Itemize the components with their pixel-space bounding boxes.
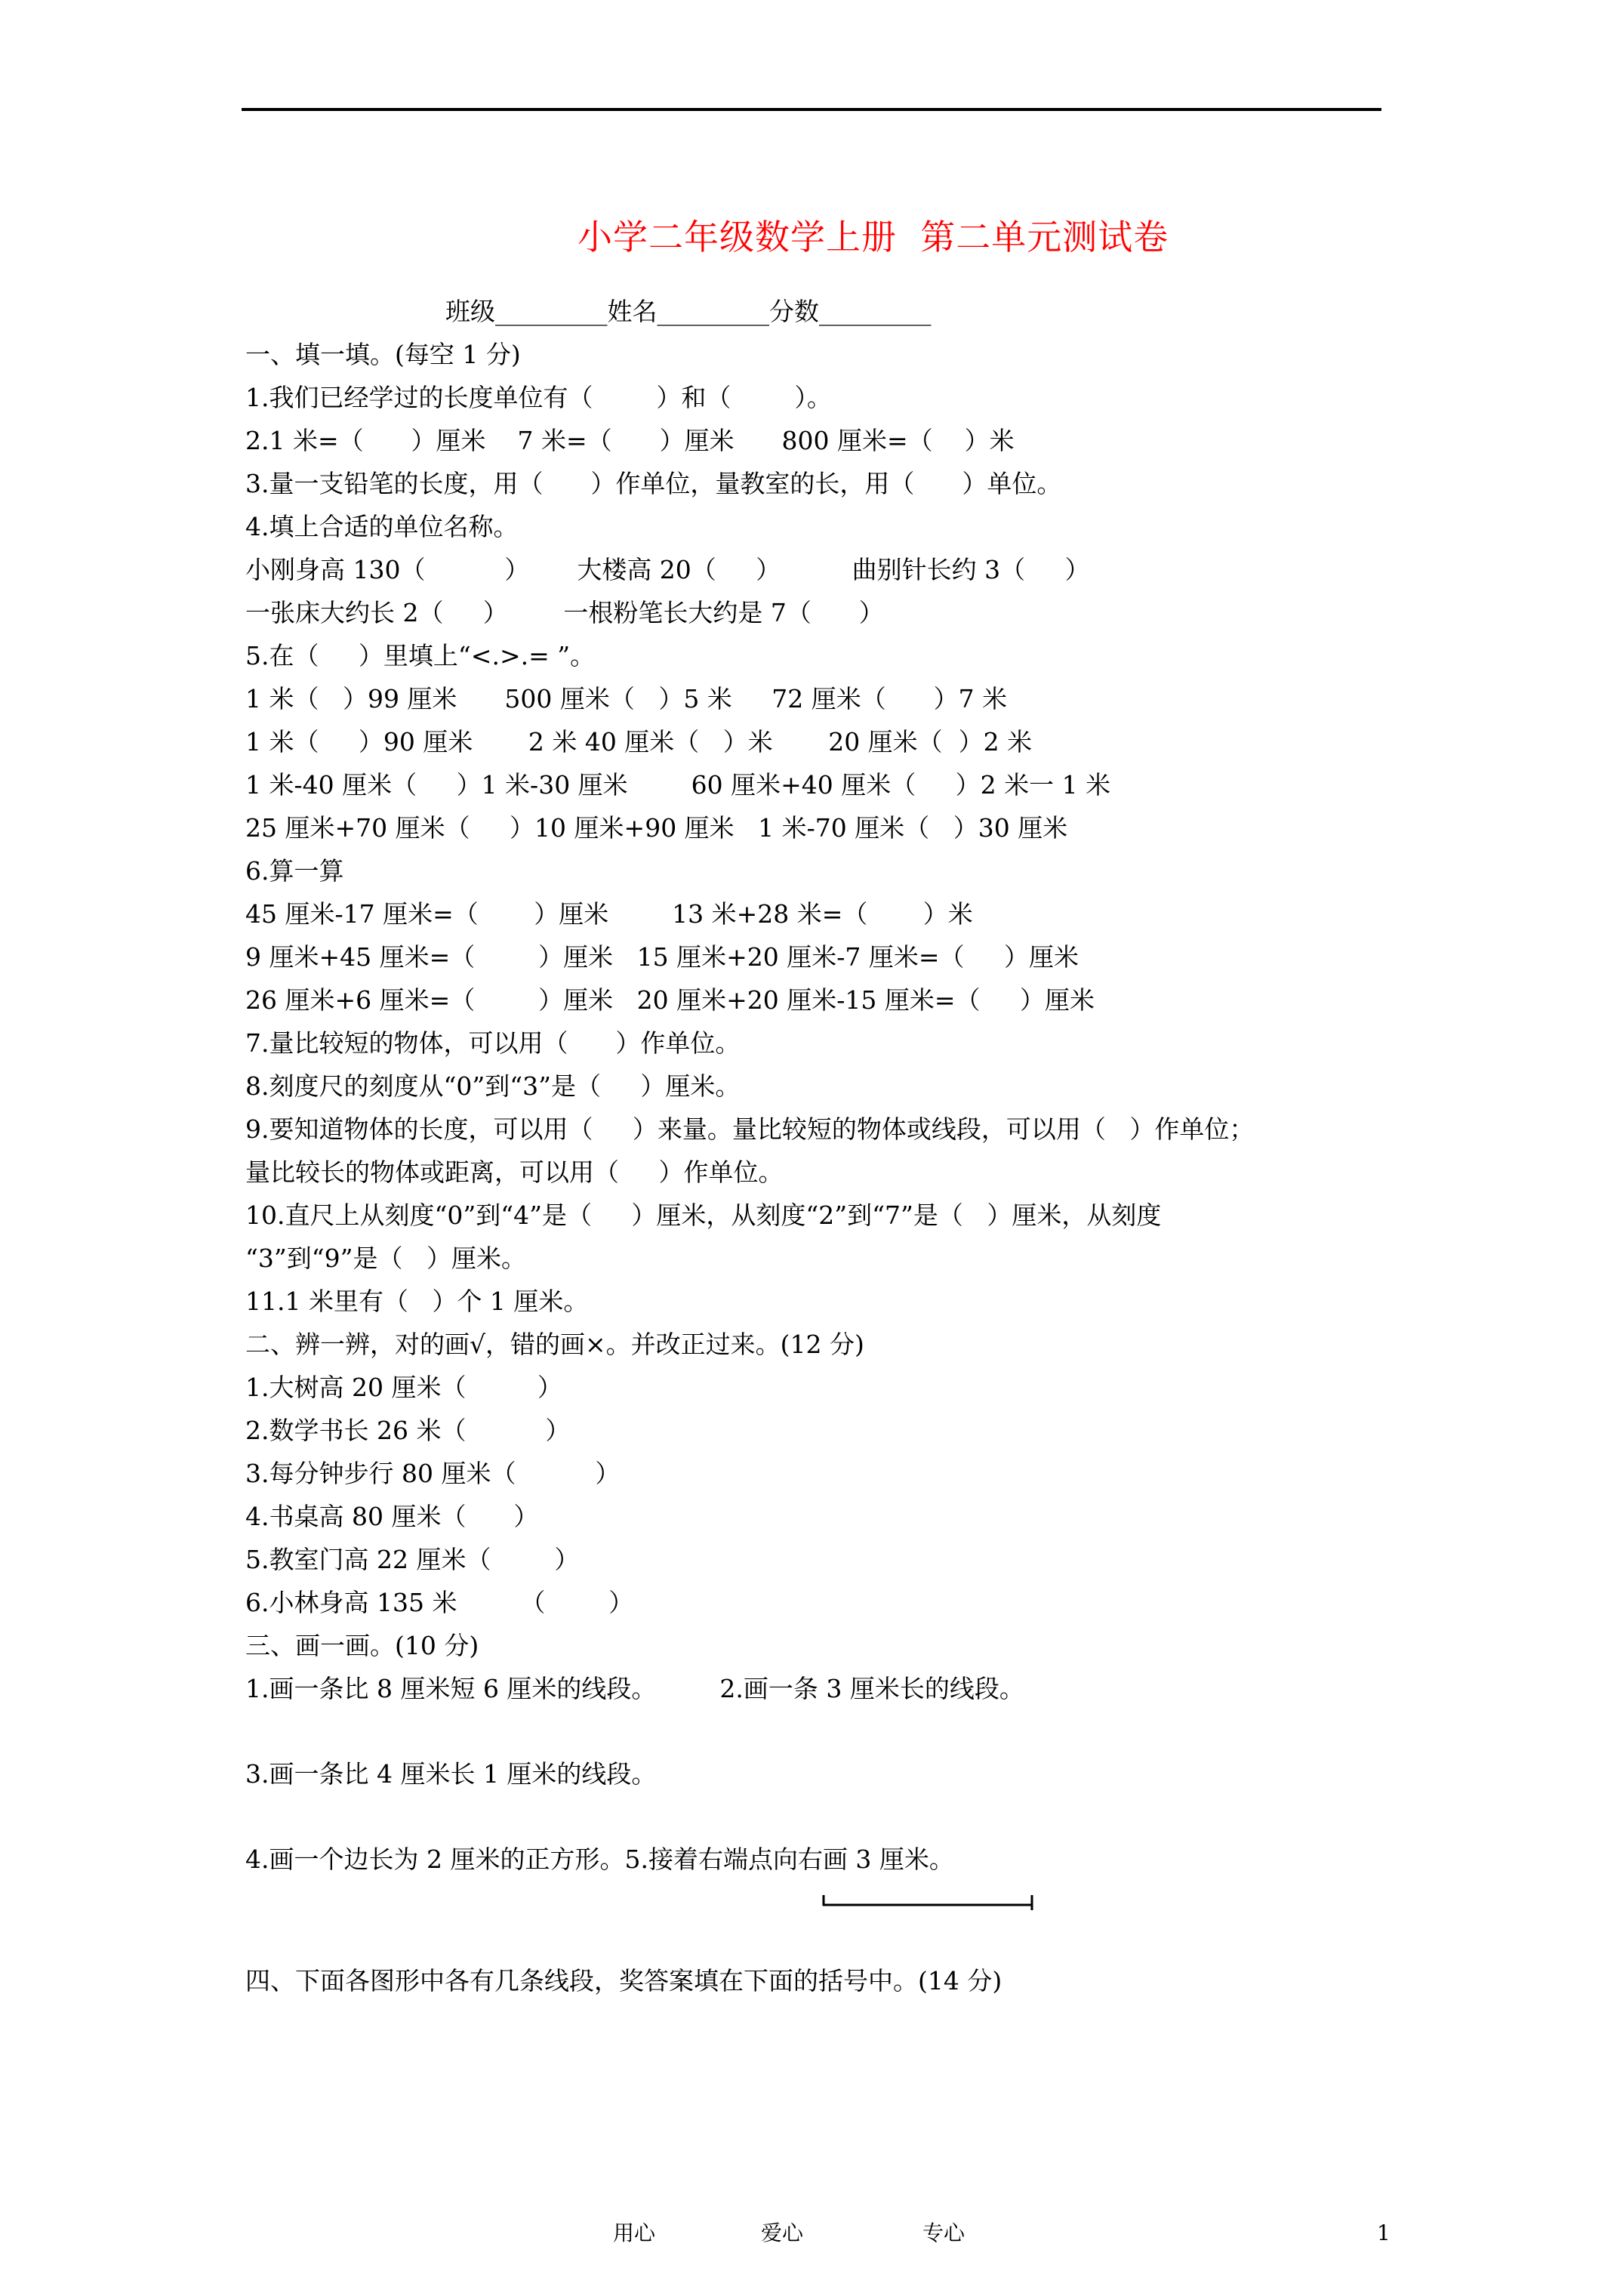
section-4-heading: 四、下面各图形中各有几条线段，奖答案填在下面的括号中。(14 分) [245,1965,1002,1998]
draw-line: 4.画一个边长为 2 厘米的正方形。5.接着右端点向右画 3 厘米。 [245,1843,954,1876]
header-rule [242,108,1381,111]
section-2-heading: 二、辨一辨，对的画√，错的画×。并改正过来。(12 分) [245,1328,864,1361]
draw-line: 1.画一条比 8 厘米短 6 厘米的线段。 2.画一条 3 厘米长的线段。 [245,1672,1024,1706]
judge-line: 3.每分钟步行 80 厘米（ ） [245,1457,620,1490]
question-line: 7.量比较短的物体，可以用（ ）作单位。 [245,1027,740,1060]
question-line: 小刚身高 130（ ） 大楼高 20（ ） 曲别针长约 3（ ） [245,553,1090,587]
footer-motto-3: 专心 [922,2220,965,2247]
question-line: 25 厘米+70 厘米（ ）10 厘米+90 厘米 1 米-70 厘米（ ）30… [245,812,1067,845]
question-line: 6.算一算 [245,855,344,888]
page-number: 1 [1377,2220,1390,2247]
question-line: 1 米-40 厘米（ ）1 米-30 厘米 60 厘米+40 厘米（ ）2 米一… [245,769,1110,802]
student-info-row: 班级_________姓名_________分数_________ [445,295,932,328]
question-line: 9.要知道物体的长度，可以用（ ）来量。量比较短的物体或线段，可以用（ ）作单位… [245,1113,1254,1146]
footer-motto-1: 用心 [613,2220,655,2247]
line-segment-figure [819,1888,1038,1918]
question-line: 1 米（ ）99 厘米 500 厘米（ ）5 米 72 厘米（ ）7 米 [245,683,1007,716]
page-title: 小学二年级数学上册 第二单元测试卷 [577,216,1169,258]
judge-line: 6.小林身高 135 米 （ ） [245,1586,633,1620]
question-line: 8.刻度尺的刻度从“0”到“3”是（ ）厘米。 [245,1070,740,1103]
question-line: 2.1 米=（ ）厘米 7 米=（ ）厘米 800 厘米=（ ）米 [245,424,1015,458]
question-line: 4.填上合适的单位名称。 [245,510,519,544]
judge-line: 4.书桌高 80 厘米（ ） [245,1500,538,1533]
judge-line: 5.教室门高 22 厘米（ ） [245,1543,579,1576]
judge-line: 1.大树高 20 厘米（ ） [245,1371,562,1404]
footer-motto-2: 爱心 [761,2220,803,2247]
question-line: 量比较长的物体或距离，可以用（ ）作单位。 [245,1156,783,1189]
section-3-heading: 三、画一画。(10 分) [245,1629,479,1663]
judge-line: 2.数学书长 26 米（ ） [245,1414,570,1447]
question-line: “3”到“9”是（ ）厘米。 [245,1242,526,1275]
question-line: 10.直尺上从刻度“0”到“4”是（ ）厘米，从刻度“2”到“7”是（ ）厘米，… [245,1199,1161,1232]
question-line: 1.我们已经学过的长度单位有（ ）和（ ）。 [245,381,832,415]
question-line: 5.在（ ）里填上“<.>.= ”。 [245,639,595,673]
question-line: 一张床大约长 2（ ） 一根粉笔长大约是 7（ ） [245,596,884,630]
question-line: 26 厘米+6 厘米=（ ）厘米 20 厘米+20 厘米-15 厘米=（ ）厘米 [245,984,1095,1017]
draw-line: 3.画一条比 4 厘米长 1 厘米的线段。 [245,1758,656,1791]
question-line: 11.1 米里有（ ）个 1 厘米。 [245,1285,588,1318]
question-line: 9 厘米+45 厘米=（ ）厘米 15 厘米+20 厘米-7 厘米=（ ）厘米 [245,941,1079,974]
question-line: 45 厘米-17 厘米=（ ）厘米 13 米+28 米=（ ）米 [245,898,973,931]
section-1-heading: 一、填一填。(每空 1 分) [245,338,521,371]
question-line: 3.量一支铅笔的长度，用（ ）作单位，量教室的长，用（ ）单位。 [245,467,1061,501]
question-line: 1 米（ ）90 厘米 2 米 40 厘米（ ）米 20 厘米（ ）2 米 [245,726,1032,759]
